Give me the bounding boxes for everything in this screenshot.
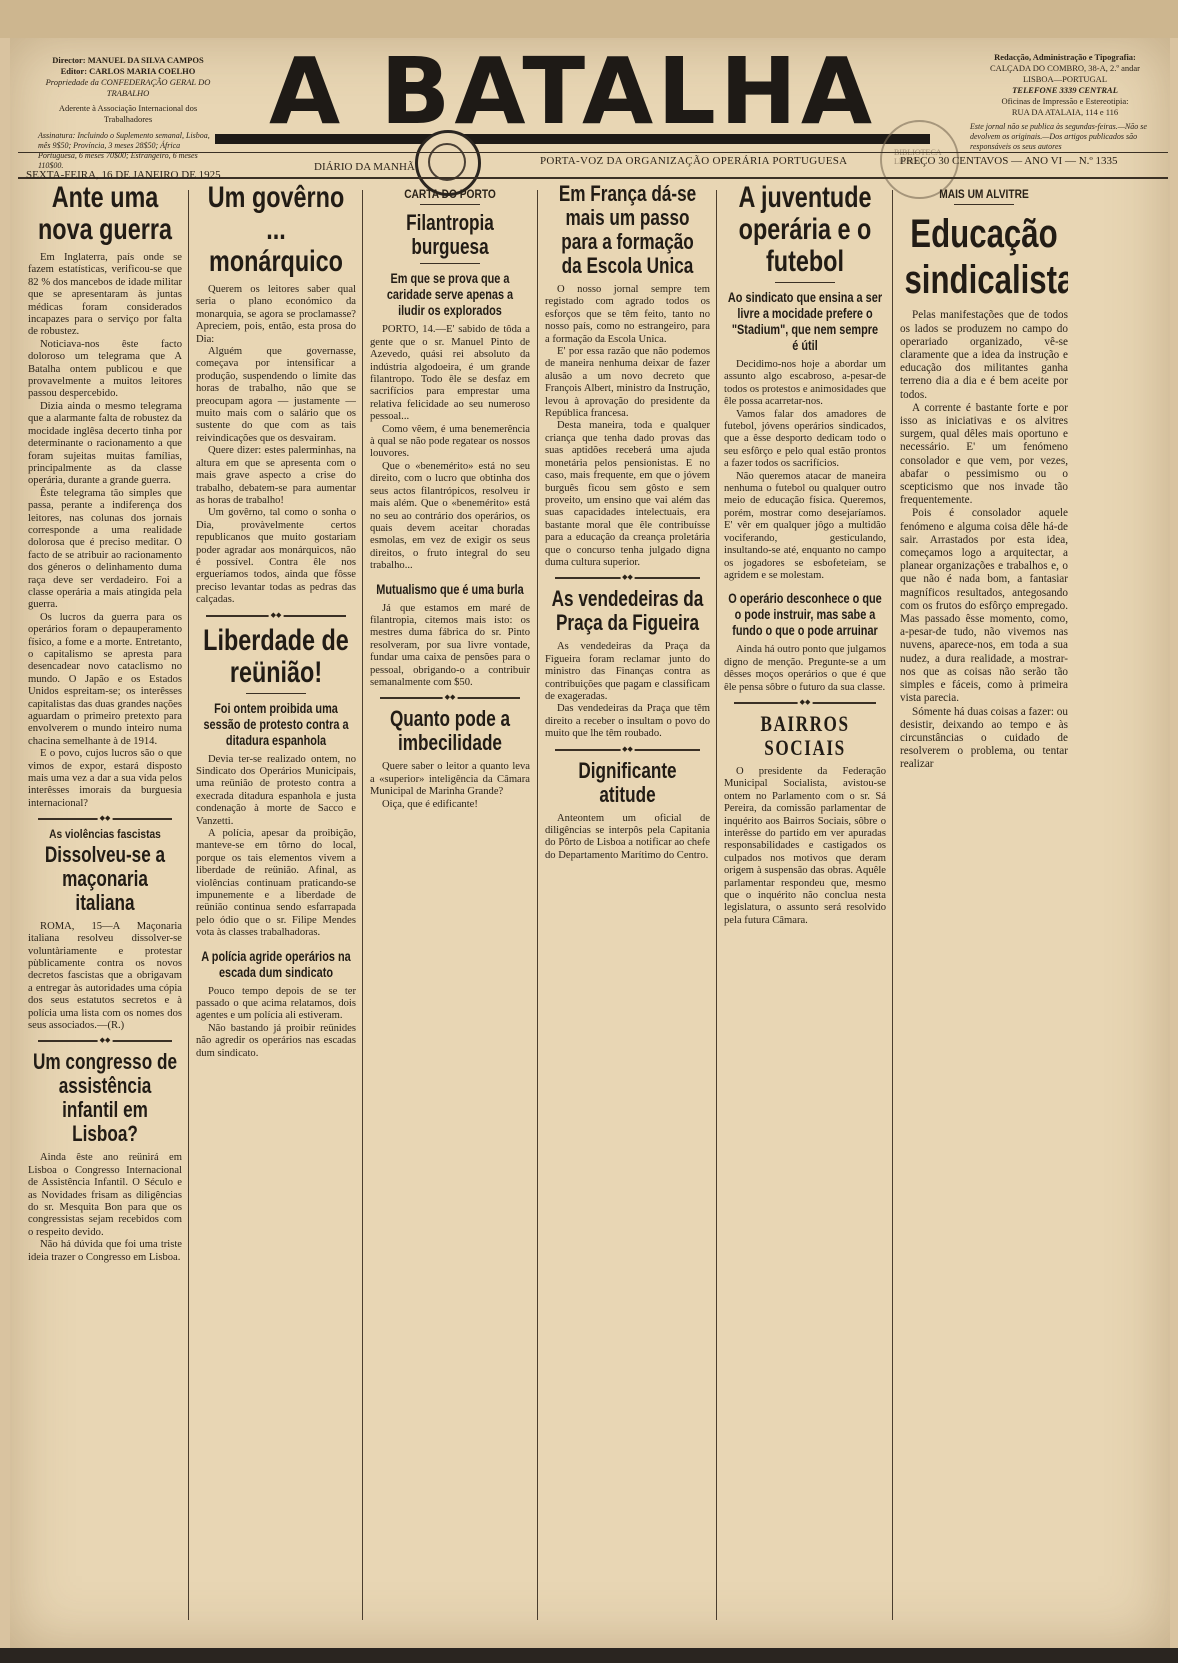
column-rule [537, 190, 538, 1620]
column-rule [188, 190, 189, 1620]
headline: Dissolveu-se a maçonaria italiana [31, 843, 179, 915]
scan-bottom-edge [0, 1648, 1178, 1663]
paragraph: Vamos falar dos amadores de futebol, jóv… [724, 409, 886, 471]
headline: Liberdade de reünião! [200, 625, 353, 689]
headline: Um congresso de assistência infantil em … [31, 1050, 179, 1146]
paragraph: O nosso jornal sempre tem registado com … [545, 284, 710, 346]
headline: BAIRROS SOCIAIS [728, 712, 882, 760]
newspaper-title: A BATALHA [215, 50, 930, 144]
kicker: As violências fascistas [40, 828, 171, 840]
article-body: O nosso jornal sempre tem registado com … [545, 284, 710, 569]
article-body: As vendedeiras da Praça da Figueira fora… [545, 641, 710, 740]
divider [246, 693, 306, 694]
article-body: Quere saber o leitor a quanto leva a «su… [370, 761, 530, 811]
paragraph: Anteontem um oficial de diligências se i… [545, 813, 710, 863]
masthead-office: Redacção, Administração e Tipografia: CA… [970, 52, 1160, 152]
director: Director: MANUEL DA SILVA CAMPOS [38, 55, 218, 66]
article-body: Em Inglaterra, país onde se fazem estatí… [28, 252, 182, 810]
paragraph: Pelas manifestações que de todos os lado… [900, 309, 1068, 401]
paragraph: Quere dizer: estes palerminhas, na altur… [196, 445, 356, 507]
paragraph: Decidimo-nos hoje a abordar um assunto a… [724, 359, 886, 409]
headline: Filantropia burguesa [374, 211, 527, 259]
subheadline: Em que se prova que a caridade serve ape… [374, 270, 527, 318]
column-rule [716, 190, 717, 1620]
phone: TELEFONE 3339 CENTRAL [970, 85, 1160, 96]
column-5: A juventude operária e o futebol Ao sind… [724, 182, 886, 1632]
headline: Quanto pode a imbecilidade [374, 707, 527, 755]
kicker: CARTA DO PORTO [382, 188, 518, 200]
paragraph: Querem os leitores saber qual seria o pl… [196, 284, 356, 346]
headline: O operário desconhece o que o pode instr… [728, 590, 882, 638]
property: Propriedade da CONFEDERAÇÃO GERAL DO TRA… [38, 77, 218, 99]
paragraph: Sómente há duas coisas a fazer: ou desis… [900, 706, 1068, 772]
paragraph: Que o «benemérito» está no seu direito, … [370, 461, 530, 573]
column-1: Ante uma nova guerra Em Inglaterra, país… [28, 182, 182, 1632]
headline: Ante uma nova guerra [31, 182, 179, 246]
paragraph: Noticiava-nos êste facto doloroso um tel… [28, 339, 182, 401]
headline: Mutualismo que é uma burla [374, 581, 527, 597]
paragraph: O presidente da Federação Municipal Soci… [724, 766, 886, 927]
article-body: Pelas manifestações que de todos os lado… [900, 309, 1068, 771]
paragraph: Ainda êste ano reünirá em Lisboa o Congr… [28, 1152, 182, 1239]
daily-label: DIÁRIO DA MANHÃ [314, 161, 415, 173]
paragraph: A polícia, apesar da proibição, manteve-… [196, 828, 356, 940]
workshop-label: Oficinas de Impressão e Estereotipia: [970, 96, 1160, 107]
headline: As vendedeiras da Praça da Figueira [549, 587, 706, 635]
ornamental-rule [380, 697, 520, 699]
column-3: CARTA DO PORTO Filantropia burguesa Em q… [370, 182, 530, 1632]
article-body: Ainda há outro ponto que julgamos digno … [724, 644, 886, 694]
office-city: LISBOA—PORTUGAL [970, 74, 1160, 85]
headline: A polícia agride operários na escada dum… [200, 948, 353, 980]
paragraph: ROMA, 15—A Maçonaria italiana resolveu d… [28, 921, 182, 1033]
article-body: Pouco tempo depois de se ter passado o q… [196, 986, 356, 1060]
column-rule [362, 190, 363, 1620]
divider [775, 282, 835, 283]
ornamental-rule [555, 577, 700, 579]
paragraph: Pouco tempo depois de se ter passado o q… [196, 986, 356, 1023]
issue-date: SEXTA-FEIRA, 16 DE JANEIRO DE 1925 [26, 169, 221, 181]
masthead: Director: MANUEL DA SILVA CAMPOS Editor:… [10, 40, 1170, 160]
paragraph: Em Inglaterra, país onde se fazem estatí… [28, 252, 182, 339]
headline: Dignificante atitude [549, 759, 706, 807]
paragraph: Não bastando já proibir reünides não agr… [196, 1023, 356, 1060]
office-address: CALÇADA DO COMBRO, 38-A, 2.º andar [970, 63, 1160, 74]
paragraph: As vendedeiras da Praça da Figueira fora… [545, 641, 710, 703]
paragraph: Como vêem, é uma benemerência à qual se … [370, 424, 530, 461]
paragraph: Oiça, que é edificante! [370, 799, 530, 811]
paragraph: Êste telegrama tão simples que passa, pe… [28, 488, 182, 612]
paragraph: Dizia ainda o mesmo telegrama que a alar… [28, 401, 182, 488]
paragraph: Um govêrno, tal como o sonha o Dia, prov… [196, 507, 356, 606]
divider [420, 204, 480, 205]
column-rule [892, 190, 893, 1620]
paragraph: Desta maneira, toda e qualquer criança q… [545, 420, 710, 569]
headline: Um govêrno ... monárquico [200, 182, 353, 278]
paragraph: A corrente é bastante forte e por isso a… [900, 402, 1068, 508]
paragraph: Os lucros da guerra para os operários fo… [28, 612, 182, 748]
dateline: SEXTA-FEIRA, 16 DE JANEIRO DE 1925 DIÁRI… [18, 152, 1168, 179]
divider [420, 263, 480, 264]
article-body: Já que estamos em maré de filantropia, c… [370, 603, 530, 690]
ornamental-rule [555, 749, 700, 751]
workshop-address: RUA DA ATALAIA, 114 e 116 [970, 107, 1160, 118]
headline: Em França dá-se mais um passo para a for… [549, 182, 706, 278]
article-body: ROMA, 15—A Maçonaria italiana resolveu d… [28, 921, 182, 1033]
column-4: Em França dá-se mais um passo para a for… [545, 182, 710, 1632]
paragraph: Quere saber o leitor a quanto leva a «su… [370, 761, 530, 798]
column-6: MAIS UM ALVITRE Educação sindicalista Pe… [900, 182, 1068, 1632]
kicker: MAIS UM ALVITRE [913, 188, 1056, 200]
paragraph: E o povo, cujos lucros são o que vimos d… [28, 748, 182, 810]
paragraph: E' por essa razão que não podemos de man… [545, 346, 710, 420]
price-issue: PREÇO 30 CENTAVOS — ANO VI — N.º 1335 [900, 155, 1118, 167]
paragraph: Não queremos atacar de maneira nenhuma o… [724, 471, 886, 583]
membership: Aderente à Associação Internacional dos … [38, 103, 218, 125]
article-body: Querem os leitores saber qual seria o pl… [196, 284, 356, 607]
office-label: Redacção, Administração e Tipografia: [970, 52, 1160, 63]
headline: A juventude operária e o futebol [728, 182, 882, 278]
paragraph: Já que estamos em maré de filantropia, c… [370, 603, 530, 690]
article-body: Anteontem um oficial de diligências se i… [545, 813, 710, 863]
paragraph: PORTO, 14.—E' sabido de tôda a gente que… [370, 324, 530, 423]
editor: Editor: CARLOS MARIA COELHO [38, 66, 218, 77]
divider [954, 204, 1014, 205]
ornamental-rule [38, 818, 172, 820]
ornamental-rule [734, 702, 876, 704]
article-body: Ainda êste ano reünirá em Lisboa o Congr… [28, 1152, 182, 1264]
paragraph: Devia ter-se realizado ontem, no Sindica… [196, 754, 356, 828]
motto: PORTA-VOZ DA ORGANIZAÇÃO OPERÁRIA PORTUG… [540, 155, 847, 167]
paragraph: Das vendedeiras da Praça que têm direito… [545, 703, 710, 740]
ornamental-rule [206, 615, 346, 617]
paragraph: Ainda há outro ponto que julgamos digno … [724, 644, 886, 694]
headline: Educação sindicalista [904, 211, 1063, 303]
paragraph: Alguém que governasse, começava por inte… [196, 346, 356, 445]
article-body: Devia ter-se realizado ontem, no Sindica… [196, 754, 356, 940]
paragraph: Não há dúvida que foi uma triste ideia t… [28, 1239, 182, 1264]
ornamental-rule [38, 1040, 172, 1042]
editorial-notice: Este jornal não se publica às segundas-f… [970, 122, 1160, 152]
subheadline: Foi ontem proibida uma sessão de protest… [200, 700, 353, 748]
article-body: PORTO, 14.—E' sabido de tôda a gente que… [370, 324, 530, 572]
scan-top-edge [0, 0, 1178, 38]
article-body: Decidimo-nos hoje a abordar um assunto a… [724, 359, 886, 582]
subheadline: Ao sindicato que ensina a ser livre a mo… [728, 289, 882, 353]
article-body: O presidente da Federação Municipal Soci… [724, 766, 886, 927]
column-2: Um govêrno ... monárquico Querem os leit… [196, 182, 356, 1632]
paragraph: Pois é consolador aquele fenómeno e algu… [900, 507, 1068, 705]
